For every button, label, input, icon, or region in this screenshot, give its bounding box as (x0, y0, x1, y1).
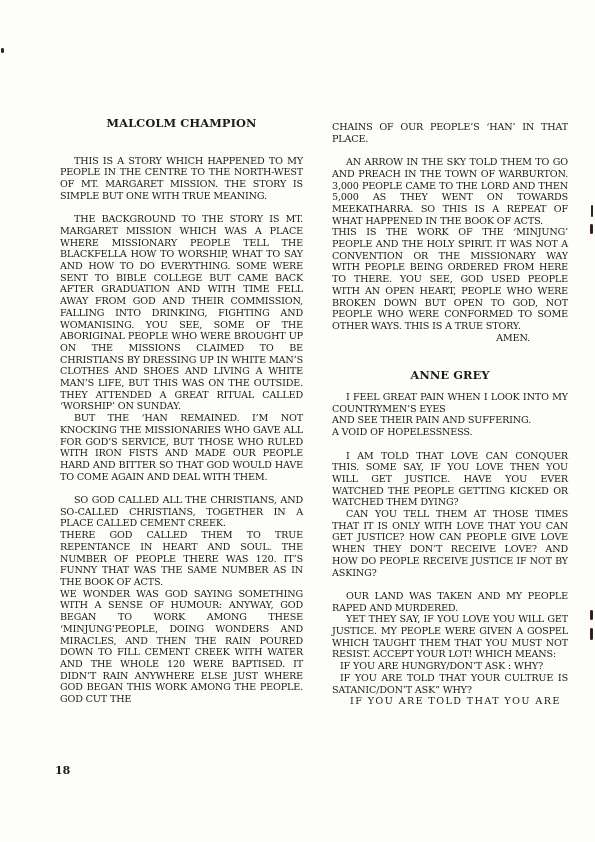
page-number: 18 (55, 764, 70, 777)
list-line: IF YOU ARE HUNGRY/DON’T ASK : WHY? (332, 661, 568, 673)
paragraph: I AM TOLD THAT LOVE CAN CONQUER THIS. SO… (332, 451, 568, 510)
paragraph: CAN YOU TELL THEM AT THOSE TIMES THAT IT… (332, 509, 568, 579)
article-author-heading: MALCOLM CHAMPION (60, 118, 303, 130)
scan-artifact-mark (1, 48, 4, 53)
paragraph: THIS IS A STORY WHICH HAPPENED TO MY PEO… (60, 156, 303, 203)
paragraph: WE WONDER WAS GOD SAYING SOMETHING WITH … (60, 589, 303, 706)
list-line: IF YOU ARE TOLD THAT YOU ARE (332, 696, 568, 708)
left-column: MALCOLM CHAMPION THIS IS A STORY WHICH H… (60, 118, 303, 706)
binding-hole-mark (590, 610, 593, 620)
paragraph: THIS IS THE WORK OF THE ‘MINJUNG’ PEOPLE… (332, 227, 568, 332)
closing-amen: AMEN. (332, 333, 568, 345)
list-line: IF YOU ARE TOLD THAT YOUR CULTRUE IS SAT… (332, 673, 568, 696)
paragraph: AN ARROW IN THE SKY TOLD THEM TO GO AND … (332, 157, 568, 227)
poem-line: I FEEL GREAT PAIN WHEN I LOOK INTO MY CO… (332, 392, 568, 415)
binding-hole-mark (590, 224, 593, 234)
article-author-heading: ANNE GREY (332, 370, 568, 382)
paragraph: THERE GOD CALLED THEM TO TRUE REPENTANCE… (60, 530, 303, 589)
poem-line: AND SEE THEIR PAIN AND SUFFERING. (332, 415, 568, 427)
paragraph: OUR LAND WAS TAKEN AND MY PEOPLE RAPED A… (332, 591, 568, 614)
poem-line: A VOID OF HOPELESSNESS. (332, 427, 568, 439)
paragraph: THE BACKGROUND TO THE STORY IS MT. MARGA… (60, 214, 303, 413)
document-page: MALCOLM CHAMPION THIS IS A STORY WHICH H… (0, 0, 595, 842)
right-column: CHAINS OF OUR PEOPLE’S ‘HAN’ IN THAT PLA… (332, 122, 568, 708)
binding-hole-mark (590, 628, 593, 640)
paragraph: YET THEY SAY, IF YOU LOVE YOU WILL GET J… (332, 614, 568, 661)
binding-hole-mark (591, 205, 593, 217)
paragraph: SO GOD CALLED ALL THE CHRISTIANS, AND SO… (60, 495, 303, 530)
paragraph: CHAINS OF OUR PEOPLE’S ‘HAN’ IN THAT PLA… (332, 122, 568, 145)
paragraph: BUT THE ‘HAN REMAINED. I’M NOT KNOCKING … (60, 413, 303, 483)
